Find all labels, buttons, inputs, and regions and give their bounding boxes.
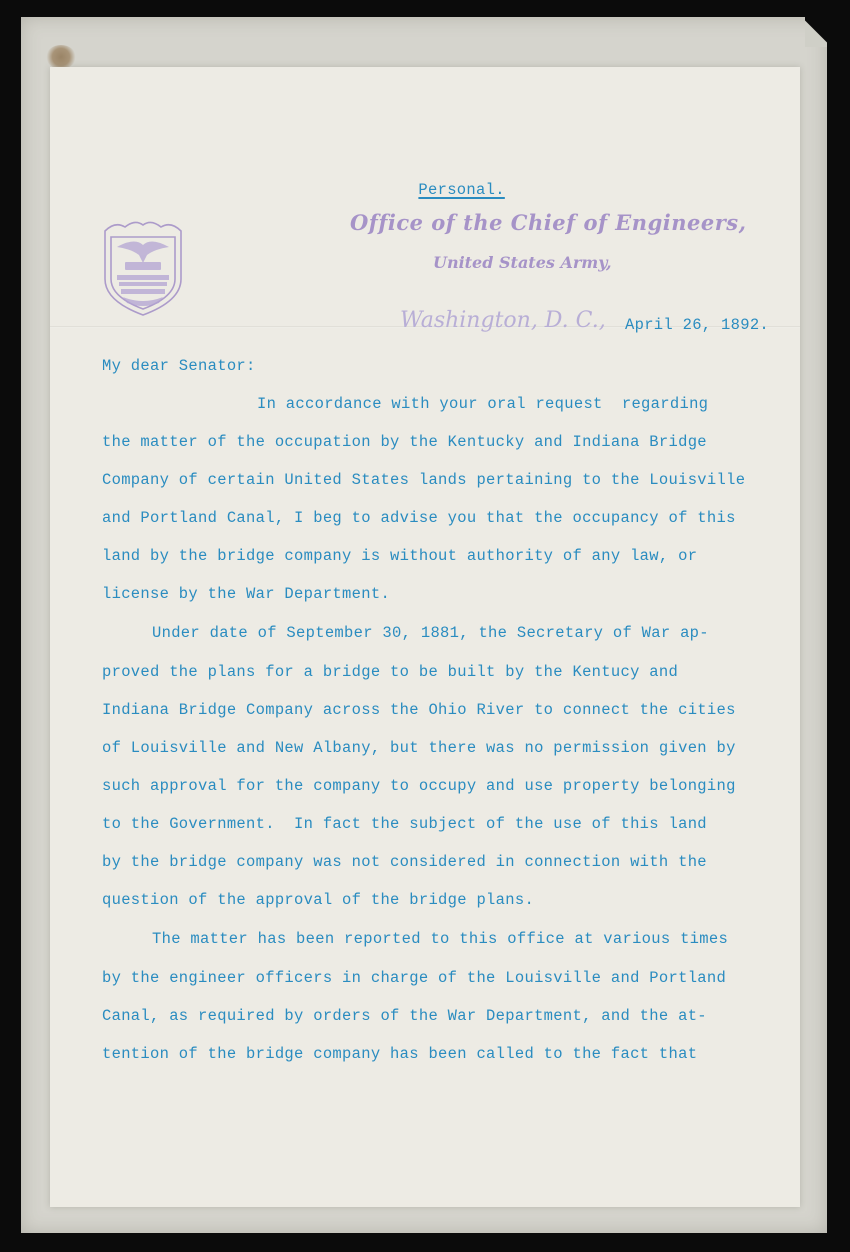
paragraph-2-line: such approval for the company to occupy … bbox=[102, 777, 736, 795]
army-engineers-seal-icon bbox=[95, 219, 190, 319]
paragraph-2-line: Indiana Bridge Company across the Ohio R… bbox=[102, 701, 736, 719]
letter-page: Personal. Office of the Chief of Enginee… bbox=[50, 67, 800, 1207]
paragraph-1-line: land by the bridge company is without au… bbox=[102, 547, 697, 565]
paragraph-3-line: Canal, as required by orders of the War … bbox=[102, 1007, 707, 1025]
letter-date: April 26, 1892. bbox=[625, 316, 769, 334]
personal-marking: Personal. bbox=[380, 163, 505, 217]
paragraph-3-line: by the engineer officers in charge of th… bbox=[102, 969, 726, 987]
salutation: My dear Senator: bbox=[102, 357, 256, 375]
paper-stain bbox=[46, 45, 76, 69]
paragraph-2-line: to the Government. In fact the subject o… bbox=[102, 815, 707, 833]
paragraph-2-line: proved the plans for a bridge to be buil… bbox=[102, 663, 678, 681]
letterhead-place: Washington, D. C., bbox=[400, 308, 606, 333]
personal-marking-text: Personal. bbox=[418, 181, 504, 199]
letterhead-office-title: Office of the Chief of Engineers, bbox=[350, 210, 746, 235]
paragraph-2-line: of Louisville and New Albany, but there … bbox=[102, 739, 736, 757]
paragraph-2-line: question of the approval of the bridge p… bbox=[102, 891, 534, 909]
paragraph-1-line: In accordance with your oral request reg… bbox=[257, 395, 708, 413]
folded-corner bbox=[805, 17, 827, 47]
paragraph-2-line: Under date of September 30, 1881, the Se… bbox=[152, 624, 709, 642]
letterhead-organization: United States Army, bbox=[433, 253, 612, 272]
paragraph-1-line: license by the War Department. bbox=[102, 585, 390, 603]
paragraph-3-line: The matter has been reported to this off… bbox=[152, 930, 728, 948]
paragraph-1-line: Company of certain United States lands p… bbox=[102, 471, 745, 489]
paragraph-1-line: the matter of the occupation by the Kent… bbox=[102, 433, 707, 451]
paragraph-3-line: tention of the bridge company has been c… bbox=[102, 1045, 697, 1063]
paragraph-2-line: by the bridge company was not considered… bbox=[102, 853, 707, 871]
paragraph-1-line: and Portland Canal, I beg to advise you … bbox=[102, 509, 736, 527]
